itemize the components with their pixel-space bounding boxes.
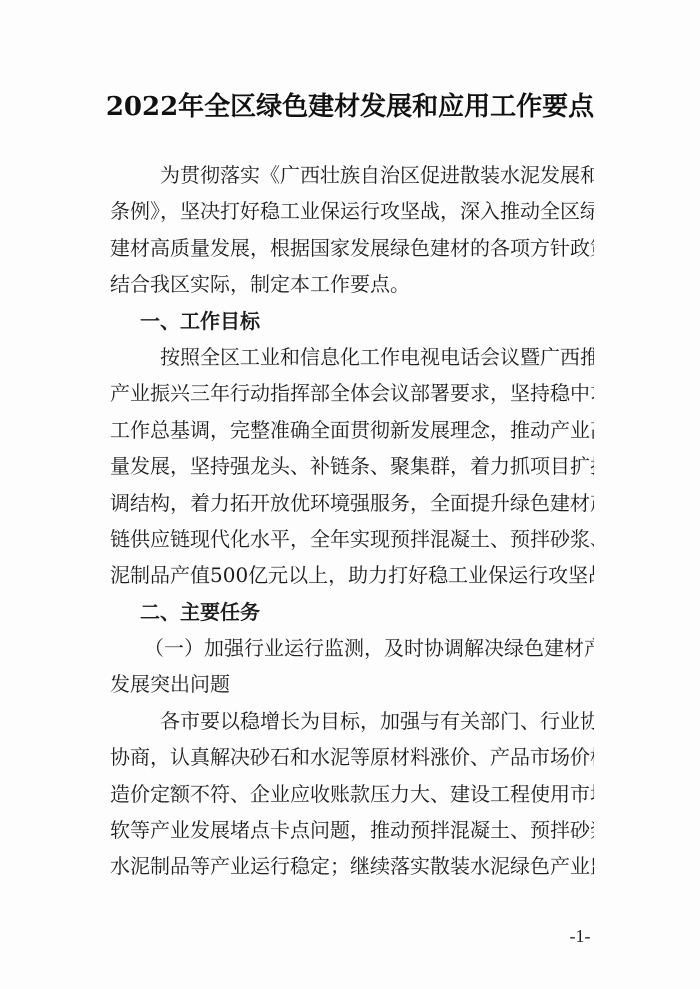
document-body: 为贯彻落实《广西壮族自治区促进散装水泥发展和应用 条例》，坚决打好稳工业保运行攻… xyxy=(110,157,594,885)
section-heading: 一、工作目标 xyxy=(110,303,594,339)
paragraph-line: 建材高质量发展，根据国家发展绿色建材的各项方针政策， xyxy=(110,230,594,266)
document-title: 2022年全区绿色建材发展和应用工作要点 xyxy=(0,86,700,123)
paragraph-line: 为贯彻落实《广西壮族自治区促进散装水泥发展和应用 xyxy=(110,157,594,193)
paragraph-line: 结合我区实际，制定本工作要点。 xyxy=(110,266,594,302)
page-number: -1- xyxy=(560,926,600,947)
paragraph-line: 协商，认真解决砂石和水泥等原材料涨价、产品市场价格与 xyxy=(110,739,594,775)
document-page: 2022年全区绿色建材发展和应用工作要点 为贯彻落实《广西壮族自治区促进散装水泥… xyxy=(0,0,700,989)
paragraph-line: 工作总基调，完整准确全面贯彻新发展理念，推动产业高质 xyxy=(110,412,594,448)
paragraph-line: 各市要以稳增长为目标，加强与有关部门、行业协会的 xyxy=(110,703,594,739)
paragraph-line: 产业振兴三年行动指挥部全体会议部署要求，坚持稳中求进 xyxy=(110,375,594,411)
paragraph-line: 泥制品产值500亿元以上，助力打好稳工业保运行攻坚战。 xyxy=(110,557,594,593)
subsection-heading: （一）加强行业运行监测，及时协调解决绿色建材产业 xyxy=(110,630,594,666)
paragraph-line: 条例》，坚决打好稳工业保运行攻坚战，深入推动全区绿色 xyxy=(110,193,594,229)
paragraph-line: 造价定额不符、企业应收账款压力大、建设工程使用市场疲 xyxy=(110,776,594,812)
paragraph-line: 软等产业发展堵点卡点问题，推动预拌混凝土、预拌砂浆、 xyxy=(110,812,594,848)
subsection-heading-cont: 发展突出问题 xyxy=(110,666,594,702)
paragraph-line: 按照全区工业和信息化工作电视电话会议暨广西推进 xyxy=(110,339,594,375)
paragraph-line: 水泥制品等产业运行稳定；继续落实散装水泥绿色产业监测 xyxy=(110,848,594,884)
paragraph-line: 链供应链现代化水平，全年实现预拌混凝土、预拌砂浆、水 xyxy=(110,521,594,557)
paragraph-line: 调结构，着力拓开放优环境强服务，全面提升绿色建材产业 xyxy=(110,485,594,521)
paragraph-line: 量发展，坚持强龙头、补链条、聚集群，着力抓项目扩投资 xyxy=(110,448,594,484)
section-heading: 二、主要任务 xyxy=(110,594,594,630)
